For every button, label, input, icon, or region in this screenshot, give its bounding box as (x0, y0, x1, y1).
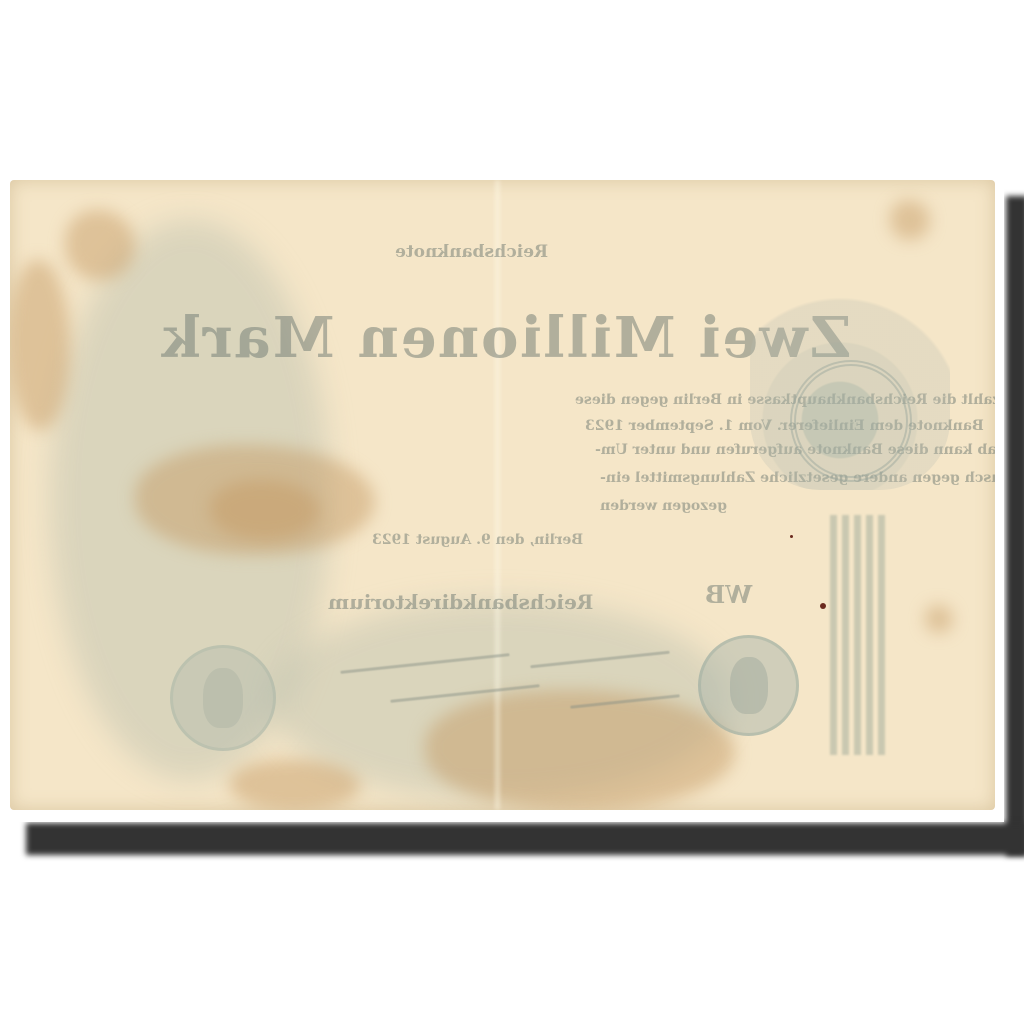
denomination-text-mirrored: Zwei Millionen Mark (160, 305, 851, 371)
eagle-seal-right (698, 635, 799, 736)
ink-spot (820, 603, 826, 609)
body-line-5: gezogen werden (600, 498, 727, 514)
ornamental-numeral-emblem (750, 290, 950, 490)
vertical-penalty-text (830, 515, 890, 755)
ink-speck (790, 535, 793, 538)
series-letters-mirrored: WB (705, 580, 752, 609)
eagle-seal-left (170, 645, 276, 751)
stain-left-edge (10, 260, 70, 430)
date-line-mirrored: Berlin, den 9. August 1923 (372, 532, 583, 548)
stain-top-right (890, 200, 930, 240)
stain-center-left-2 (210, 480, 320, 540)
banknote: Reichsbanknote Zwei Millionen Mark zahlt… (10, 180, 995, 810)
stain-right-spot (925, 605, 953, 633)
vertical-fold-line (495, 180, 500, 810)
stain-bottom-center (425, 690, 735, 810)
header-text-mirrored: Reichsbanknote (395, 242, 548, 262)
issuer-text-mirrored: Reichsbankdirektorium (328, 590, 593, 614)
drop-shadow-bottom (26, 823, 1024, 855)
stain-bottom-left (230, 760, 360, 810)
stain-top-left (65, 210, 135, 280)
drop-shadow-right (1006, 196, 1024, 856)
